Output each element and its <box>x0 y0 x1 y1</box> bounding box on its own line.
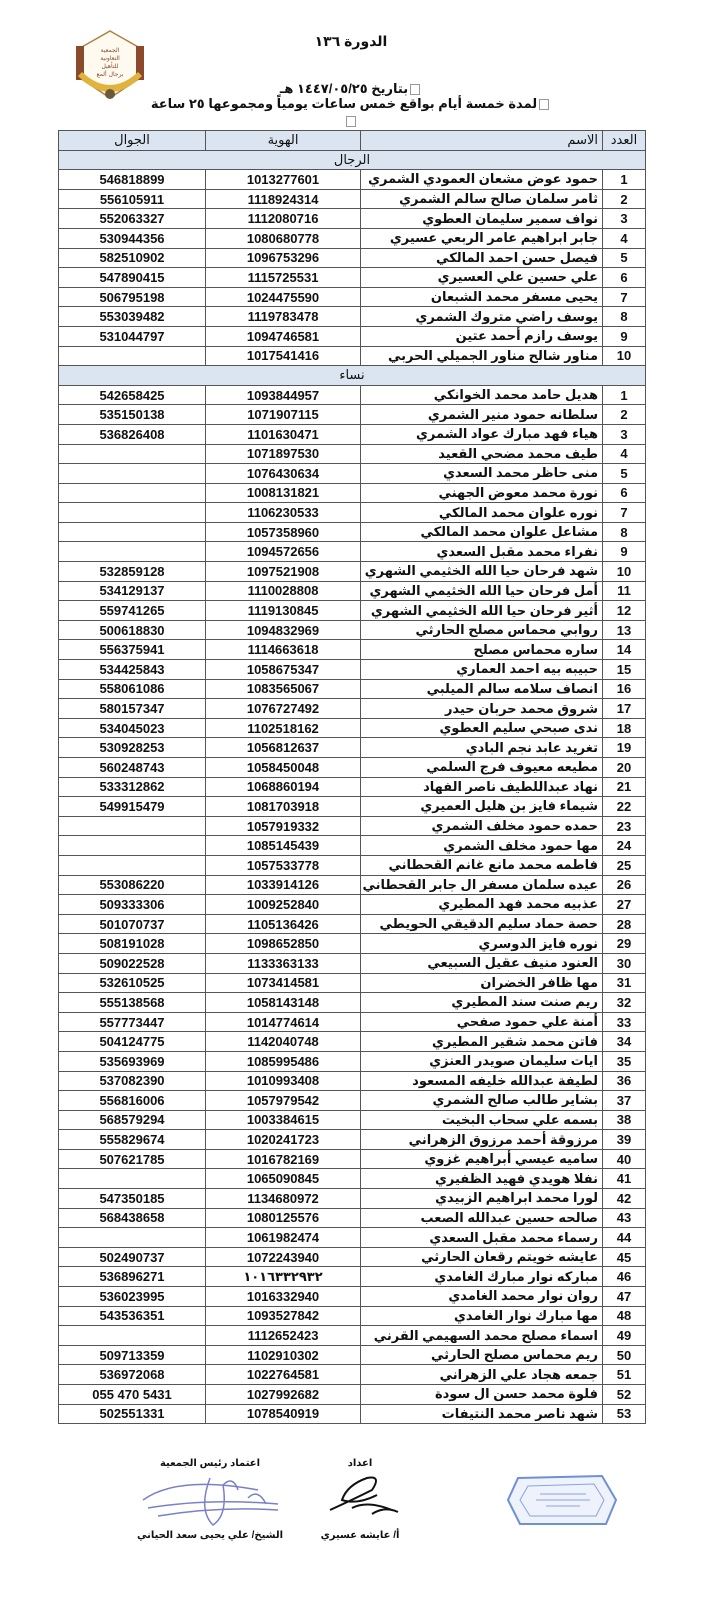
table-row: 50ريم محماس مصلح الحارثي1102910302509713… <box>59 1345 646 1365</box>
preparer-signature <box>322 1470 402 1520</box>
national-id: 1118924314 <box>206 189 361 209</box>
section-label: الرجال <box>59 150 646 170</box>
participant-name: مطيعه معيوف فرج السلمي <box>361 758 603 778</box>
row-count: 27 <box>603 895 646 915</box>
chair-name: الشيخ/ علي يحيى سعد الحياني <box>130 1530 290 1541</box>
table-row: 18ندى صبحي سليم العطوي110251816253404502… <box>59 718 646 738</box>
national-id: 1016782169 <box>206 1149 361 1169</box>
participant-name: طيف محمد مضحي القعيد <box>361 444 603 464</box>
table-row: 21نهاد عبداللطيف ناصر الفهاد106886019453… <box>59 777 646 797</box>
table-row: 9يوسف رازم أحمد عتين1094746581531044797 <box>59 326 646 346</box>
mobile-number: 509333306 <box>59 895 206 915</box>
mobile-number: 500618830 <box>59 620 206 640</box>
table-row: 31مها ظافر الخضران1073414581532610525 <box>59 973 646 993</box>
mobile-number <box>59 816 206 836</box>
chair-signature <box>138 1470 288 1528</box>
participant-name: نفلا هويدي فهيد الظفيري <box>361 1169 603 1189</box>
table-row: 25فاطمه محمد مانع غانم القحطاني105753377… <box>59 855 646 875</box>
mobile-number: 553039482 <box>59 307 206 327</box>
mobile-number: 502551331 <box>59 1404 206 1424</box>
mobile-number: 535150138 <box>59 405 206 425</box>
row-count: 4 <box>603 444 646 464</box>
participant-name: أمنة علي حمود صفحي <box>361 1012 603 1032</box>
mobile-number: 536896271 <box>59 1267 206 1287</box>
participant-name: هديل حامد محمد الخوانكي <box>361 385 603 405</box>
participant-name: شهد فرحان حيا الله الخثيمي الشهري <box>361 562 603 582</box>
national-id: 1024475590 <box>206 287 361 307</box>
table-row: 35ايات سليمان صويدر العنزي10859954865356… <box>59 1051 646 1071</box>
row-count: 9 <box>603 542 646 562</box>
participants-table: العدد الاسم الهوية الجوال الرجال1حمود عو… <box>58 130 646 1424</box>
national-id: 1096753296 <box>206 248 361 268</box>
row-count: 29 <box>603 934 646 954</box>
table-row: 46مباركه نوار مبارك الغامدي١٠١٦٣٣٢٩٣٢536… <box>59 1267 646 1287</box>
national-id: 1112080716 <box>206 209 361 229</box>
national-id: 1065090845 <box>206 1169 361 1189</box>
mobile-number: 556105911 <box>59 189 206 209</box>
mobile-number: 557773447 <box>59 1012 206 1032</box>
national-id: 1102518162 <box>206 718 361 738</box>
col-header-count: العدد <box>603 131 646 151</box>
mobile-number: 560248743 <box>59 758 206 778</box>
national-id: 1056812637 <box>206 738 361 758</box>
national-id: 1081703918 <box>206 797 361 817</box>
national-id: 1016332940 <box>206 1287 361 1307</box>
row-count: 10 <box>603 562 646 582</box>
participant-name: جمعه هجاد علي الزهراني <box>361 1365 603 1385</box>
mobile-number: 534045023 <box>59 718 206 738</box>
participant-name: مشاعل علوان محمد المالكي <box>361 522 603 542</box>
table-row: 8يوسف راضي متروك الشمري11197834785530394… <box>59 307 646 327</box>
row-count: 5 <box>603 248 646 268</box>
national-id: 1119783478 <box>206 307 361 327</box>
row-count: 13 <box>603 620 646 640</box>
table-body: الرجال1حمود عوض مشعان العمودي الشمري1013… <box>59 150 646 1424</box>
participant-name: هياء فهد مبارك عواد الشمري <box>361 424 603 444</box>
row-count: 10 <box>603 346 646 366</box>
mobile-number: 546818899 <box>59 170 206 190</box>
mobile-number: 535693969 <box>59 1051 206 1071</box>
national-id: 1085145439 <box>206 836 361 856</box>
mobile-number: 055 470 5431 <box>59 1385 206 1405</box>
national-id: 1076430634 <box>206 464 361 484</box>
svg-text:برجال ألمع: برجال ألمع <box>97 70 124 78</box>
row-count: 37 <box>603 1091 646 1111</box>
national-id: 1101630471 <box>206 424 361 444</box>
participant-name: بسمه علي سحاب البخيت <box>361 1110 603 1130</box>
row-count: 2 <box>603 189 646 209</box>
row-count: 49 <box>603 1326 646 1346</box>
participant-name: شروق محمد حربان حيدر <box>361 699 603 719</box>
table-row: 24مها حمود مخلف الشمري1085145439 <box>59 836 646 856</box>
national-id: 1085995486 <box>206 1051 361 1071</box>
participant-name: نوره علوان محمد المالكي <box>361 503 603 523</box>
participant-name: تغريد عابد نجم البادي <box>361 738 603 758</box>
row-count: 17 <box>603 699 646 719</box>
col-header-name: الاسم <box>361 131 603 151</box>
table-row: 10مناور شالح مناور الجميلي الحربي1017541… <box>59 346 646 366</box>
table-row: 16انصاف سلامه سالم الميلبي10835650675580… <box>59 679 646 699</box>
mobile-number: 504124775 <box>59 1032 206 1052</box>
mobile-number: 547890415 <box>59 268 206 288</box>
national-id: 1058675347 <box>206 660 361 680</box>
table-row: 48مها مبارك نوار الغامدي1093527842543536… <box>59 1306 646 1326</box>
mobile-number: 555829674 <box>59 1130 206 1150</box>
course-title: الدورة ١٣٦ <box>0 33 702 50</box>
row-count: 38 <box>603 1110 646 1130</box>
mobile-number: 536972068 <box>59 1365 206 1385</box>
mobile-number: 580157347 <box>59 699 206 719</box>
participant-name: حبيبه بيه احمد العماري <box>361 660 603 680</box>
mobile-number <box>59 855 206 875</box>
mobile-number: 553086220 <box>59 875 206 895</box>
row-count: 43 <box>603 1208 646 1228</box>
mobile-number: 555138568 <box>59 993 206 1013</box>
mobile-number: 530928253 <box>59 738 206 758</box>
mobile-number <box>59 1169 206 1189</box>
table-row: 10شهد فرحان حيا الله الخثيمي الشهري10975… <box>59 562 646 582</box>
row-count: 30 <box>603 953 646 973</box>
table-row: 41نفلا هويدي فهيد الظفيري1065090845 <box>59 1169 646 1189</box>
mobile-number <box>59 483 206 503</box>
table-row: 7نوره علوان محمد المالكي1106230533 <box>59 503 646 523</box>
national-id: 1072243940 <box>206 1247 361 1267</box>
mobile-number: 509022528 <box>59 953 206 973</box>
mobile-number: 568438658 <box>59 1208 206 1228</box>
table-row: 19تغريد عابد نجم البادي10568126375309282… <box>59 738 646 758</box>
participant-name: علي حسين علي العسيري <box>361 268 603 288</box>
table-row: 29نوره فايز الدوسري1098652850508191028 <box>59 934 646 954</box>
participant-name: جابر ابراهيم عامر الربعي عسيري <box>361 228 603 248</box>
participant-name: يحيى مسفر محمد الشبعان <box>361 287 603 307</box>
table-row: 22شيماء فايز بن هليل العميري108170391854… <box>59 797 646 817</box>
mobile-number: 558061086 <box>59 679 206 699</box>
participant-name: عايشه خويتم رقعان الحارثي <box>361 1247 603 1267</box>
table-row: 51جمعه هجاد علي الزهراني1022764581536972… <box>59 1365 646 1385</box>
national-id: 1080125576 <box>206 1208 361 1228</box>
national-id: 1027992682 <box>206 1385 361 1405</box>
participant-name: منى حاظر محمد السعدي <box>361 464 603 484</box>
national-id: 1094572656 <box>206 542 361 562</box>
row-count: 23 <box>603 816 646 836</box>
table-row: 37بشاير طالب صالح الشمري1057979542556816… <box>59 1091 646 1111</box>
table-header-row: العدد الاسم الهوية الجوال <box>59 131 646 151</box>
row-count: 8 <box>603 307 646 327</box>
row-count: 4 <box>603 228 646 248</box>
mobile-number <box>59 503 206 523</box>
mobile-number: 533312862 <box>59 777 206 797</box>
mobile-number: 582510902 <box>59 248 206 268</box>
national-id: 1115725531 <box>206 268 361 288</box>
national-id: 1071897530 <box>206 444 361 464</box>
participant-name: عذبيه محمد فهد المطيري <box>361 895 603 915</box>
participant-name: فيصل حسن احمد المالكي <box>361 248 603 268</box>
mobile-number: 507621785 <box>59 1149 206 1169</box>
mobile-number: 543536351 <box>59 1306 206 1326</box>
row-count: 31 <box>603 973 646 993</box>
participant-name: روان نوار محمد الغامدي <box>361 1287 603 1307</box>
participant-name: لطيفة عبدالله خليفه المسعود <box>361 1071 603 1091</box>
row-count: 7 <box>603 503 646 523</box>
mobile-number: 547350185 <box>59 1189 206 1209</box>
table-row: 13روابي محماس مصلح الحارثي10948329695006… <box>59 620 646 640</box>
date-line: بتاريخ ١٤٤٧/٠٥/٢٥ هـ <box>0 81 702 97</box>
row-count: 28 <box>603 914 646 934</box>
national-id: 1057979542 <box>206 1091 361 1111</box>
table-row: 5فيصل حسن احمد المالكي109675329658251090… <box>59 248 646 268</box>
row-count: 44 <box>603 1228 646 1248</box>
table-row: 26عيده سلمان مسفر ال جابر القحطاني103391… <box>59 875 646 895</box>
chair-approval-label: اعتماد رئيس الجمعية <box>130 1458 290 1469</box>
mobile-number: 556816006 <box>59 1091 206 1111</box>
table-row: 6نورة محمد معوض الجهني1008131821 <box>59 483 646 503</box>
participant-name: لورا محمد ابراهيم الزبيدي <box>361 1189 603 1209</box>
table-row: 23حمده حمود مخلف الشمري1057919332 <box>59 816 646 836</box>
placeholder-box-icon <box>410 84 420 95</box>
participant-name: فاطمه محمد مانع غانم القحطاني <box>361 855 603 875</box>
row-count: 6 <box>603 268 646 288</box>
table-row: 2سلطانه حمود منير الشمري1071907115535150… <box>59 405 646 425</box>
participant-name: انصاف سلامه سالم الميلبي <box>361 679 603 699</box>
row-count: 6 <box>603 483 646 503</box>
national-id: 1073414581 <box>206 973 361 993</box>
participant-name: أثير فرحان حيا الله الخثيمي الشهري <box>361 601 603 621</box>
national-id: 1057358960 <box>206 522 361 542</box>
section-row-women: نساء <box>59 366 646 386</box>
row-count: 3 <box>603 424 646 444</box>
table-row: 38بسمه علي سحاب البخيت100338461556857929… <box>59 1110 646 1130</box>
national-id: 1033914126 <box>206 875 361 895</box>
participant-name: نوره فايز الدوسري <box>361 934 603 954</box>
participant-name: يوسف رازم أحمد عتين <box>361 326 603 346</box>
national-id: 1013277601 <box>206 170 361 190</box>
row-count: 41 <box>603 1169 646 1189</box>
participant-name: نواف سمير سليمان العطوي <box>361 209 603 229</box>
participant-name: أمل فرحان حيا الله الخثيمي الشهري <box>361 581 603 601</box>
section-row-men: الرجال <box>59 150 646 170</box>
participant-name: نفراء محمد مقبل السعدي <box>361 542 603 562</box>
table-row: 40ساميه عيسي أبراهيم غزوي101678216950762… <box>59 1149 646 1169</box>
national-id: 1008131821 <box>206 483 361 503</box>
national-id: 1119130845 <box>206 601 361 621</box>
table-row: 6علي حسين علي العسيري1115725531547890415 <box>59 268 646 288</box>
row-count: 53 <box>603 1404 646 1424</box>
national-id: 1076727492 <box>206 699 361 719</box>
table-row: 42لورا محمد ابراهيم الزبيدي1134680972547… <box>59 1189 646 1209</box>
mobile-number: 536826408 <box>59 424 206 444</box>
mobile-number <box>59 522 206 542</box>
participant-name: شهد ناصر محمد النتيفات <box>361 1404 603 1424</box>
row-count: 26 <box>603 875 646 895</box>
national-id: 1057533778 <box>206 855 361 875</box>
col-header-id: الهوية <box>206 131 361 151</box>
mobile-number: 532610525 <box>59 973 206 993</box>
national-id: 1094832969 <box>206 620 361 640</box>
participant-name: مرزوقة أحمد مرزوق الزهراني <box>361 1130 603 1150</box>
mobile-number: 568579294 <box>59 1110 206 1130</box>
participant-name: مها حمود مخلف الشمري <box>361 836 603 856</box>
participant-name: فلوة محمد حسن ال سودة <box>361 1385 603 1405</box>
row-count: 20 <box>603 758 646 778</box>
participant-name: ايات سليمان صويدر العنزي <box>361 1051 603 1071</box>
row-count: 19 <box>603 738 646 758</box>
prepared-by-label: اعداد <box>300 1458 420 1469</box>
row-count: 1 <box>603 170 646 190</box>
row-count: 46 <box>603 1267 646 1287</box>
mobile-number: 537082390 <box>59 1071 206 1091</box>
mobile-number: 556375941 <box>59 640 206 660</box>
row-count: 16 <box>603 679 646 699</box>
row-count: 9 <box>603 326 646 346</box>
table-row: 1حمود عوض مشعان العمودي الشمري1013277601… <box>59 170 646 190</box>
row-count: 34 <box>603 1032 646 1052</box>
table-row: 30العنود منيف عقيل السبيعي11333631335090… <box>59 953 646 973</box>
national-id: 1110028808 <box>206 581 361 601</box>
participant-name: ثامر سلمان صالح سالم الشمري <box>361 189 603 209</box>
mobile-number: 501070737 <box>59 914 206 934</box>
national-id: 1134680972 <box>206 1189 361 1209</box>
mobile-number: 508191028 <box>59 934 206 954</box>
national-id: 1114663618 <box>206 640 361 660</box>
participant-name: ساميه عيسي أبراهيم غزوي <box>361 1149 603 1169</box>
participant-name: يوسف راضي متروك الشمري <box>361 307 603 327</box>
row-count: 51 <box>603 1365 646 1385</box>
national-id: 1093527842 <box>206 1306 361 1326</box>
row-count: 5 <box>603 464 646 484</box>
participant-name: العنود منيف عقيل السبيعي <box>361 953 603 973</box>
participant-name: شيماء فايز بن هليل العميري <box>361 797 603 817</box>
national-id: 1102910302 <box>206 1345 361 1365</box>
national-id: 1112652423 <box>206 1326 361 1346</box>
national-id: 1014774614 <box>206 1012 361 1032</box>
row-count: 40 <box>603 1149 646 1169</box>
table-row: 4جابر ابراهيم عامر الربعي عسيري108068077… <box>59 228 646 248</box>
participant-name: بشاير طالب صالح الشمري <box>361 1091 603 1111</box>
table-row: 20مطيعه معيوف فرج السلمي1058450048560248… <box>59 758 646 778</box>
participant-name: مناور شالح مناور الجميلي الحربي <box>361 346 603 366</box>
row-count: 2 <box>603 405 646 425</box>
national-id: 1078540919 <box>206 1404 361 1424</box>
table-row: 2ثامر سلمان صالح سالم الشمري111892431455… <box>59 189 646 209</box>
national-id: 1022764581 <box>206 1365 361 1385</box>
participant-name: ريم صنت سند المطيري <box>361 993 603 1013</box>
row-count: 24 <box>603 836 646 856</box>
table-row: 52فلوة محمد حسن ال سودة1027992682055 470… <box>59 1385 646 1405</box>
table-row: 43صالحه حسين عبدالله الصعب10801255765684… <box>59 1208 646 1228</box>
table-row: 36لطيفة عبدالله خليفه المسعود10109934085… <box>59 1071 646 1091</box>
row-count: 3 <box>603 209 646 229</box>
national-id: 1142040748 <box>206 1032 361 1052</box>
national-id: 1010993408 <box>206 1071 361 1091</box>
table-row: 1هديل حامد محمد الخوانكي1093844957542658… <box>59 385 646 405</box>
mobile-number <box>59 1326 206 1346</box>
participant-name: اسماء مصلح محمد السهيمي القرني <box>361 1326 603 1346</box>
national-id: 1083565067 <box>206 679 361 699</box>
national-id: 1057919332 <box>206 816 361 836</box>
row-count: 35 <box>603 1051 646 1071</box>
svg-text:التعاونية: التعاونية <box>100 55 120 62</box>
table-row: 12أثير فرحان حيا الله الخثيمي الشهري1119… <box>59 601 646 621</box>
participant-name: حصة حماد سليم الدقيقي الحويطي <box>361 914 603 934</box>
row-count: 50 <box>603 1345 646 1365</box>
mobile-number: 506795198 <box>59 287 206 307</box>
participant-name: مها مبارك نوار الغامدي <box>361 1306 603 1326</box>
participant-name: مها ظافر الخضران <box>361 973 603 993</box>
preparer-name: أ/ عايشه عسيري <box>300 1530 420 1541</box>
mobile-number: 552063327 <box>59 209 206 229</box>
national-id: 1098652850 <box>206 934 361 954</box>
row-count: 22 <box>603 797 646 817</box>
mobile-number: 549915479 <box>59 797 206 817</box>
national-id: 1080680778 <box>206 228 361 248</box>
participant-name: عيده سلمان مسفر ال جابر القحطاني <box>361 875 603 895</box>
table-row: 7يحيى مسفر محمد الشبعان10244755905067951… <box>59 287 646 307</box>
row-count: 42 <box>603 1189 646 1209</box>
table-row: 15حبيبه بيه احمد العماري1058675347534425… <box>59 660 646 680</box>
participant-name: نهاد عبداللطيف ناصر الفهاد <box>361 777 603 797</box>
participant-name: حمده حمود مخلف الشمري <box>361 816 603 836</box>
table-row: 28حصة حماد سليم الدقيقي الحويطي110513642… <box>59 914 646 934</box>
duration-line: لمدة خمسة أيام بواقع خمس ساعات يومياً وم… <box>0 96 702 112</box>
participant-name: رسماء محمد مقبل السعدي <box>361 1228 603 1248</box>
table-row: 45عايشه خويتم رقعان الحارثي1072243940502… <box>59 1247 646 1267</box>
table-row: 34فاتن محمد شقير المطيري1142040748504124… <box>59 1032 646 1052</box>
mobile-number: 559741265 <box>59 601 206 621</box>
row-count: 33 <box>603 1012 646 1032</box>
row-count: 48 <box>603 1306 646 1326</box>
mobile-number: 532859128 <box>59 562 206 582</box>
row-count: 14 <box>603 640 646 660</box>
national-id: 1009252840 <box>206 895 361 915</box>
row-count: 15 <box>603 660 646 680</box>
table-row: 4طيف محمد مضحي القعيد1071897530 <box>59 444 646 464</box>
row-count: 7 <box>603 287 646 307</box>
duration-text: لمدة خمسة أيام بواقع خمس ساعات يومياً وم… <box>151 96 537 111</box>
mobile-number: 534425843 <box>59 660 206 680</box>
mobile-number: 531044797 <box>59 326 206 346</box>
row-count: 1 <box>603 385 646 405</box>
table-row: 17شروق محمد حربان حيدر107672749258015734… <box>59 699 646 719</box>
national-id: ١٠١٦٣٣٢٩٣٢ <box>206 1267 361 1287</box>
participant-name: ساره محماس مصلح <box>361 640 603 660</box>
national-id: 1061982474 <box>206 1228 361 1248</box>
national-id: 1106230533 <box>206 503 361 523</box>
row-count: 39 <box>603 1130 646 1150</box>
participant-name: صالحه حسين عبدالله الصعب <box>361 1208 603 1228</box>
official-stamp <box>506 1474 618 1526</box>
mobile-number: 536023995 <box>59 1287 206 1307</box>
row-count: 18 <box>603 718 646 738</box>
table-row: 11أمل فرحان حيا الله الخثيمي الشهري11100… <box>59 581 646 601</box>
national-id: 1058450048 <box>206 758 361 778</box>
table-row: 5منى حاظر محمد السعدي1076430634 <box>59 464 646 484</box>
mobile-number <box>59 346 206 366</box>
table-row: 27عذبيه محمد فهد المطيري1009252840509333… <box>59 895 646 915</box>
national-id: 1097521908 <box>206 562 361 582</box>
mobile-number: 509713359 <box>59 1345 206 1365</box>
mobile-number <box>59 464 206 484</box>
table-row: 9نفراء محمد مقبل السعدي1094572656 <box>59 542 646 562</box>
empty-line <box>0 113 702 128</box>
placeholder-box-icon <box>346 116 356 127</box>
participant-name: نورة محمد معوض الجهني <box>361 483 603 503</box>
national-id: 1058143148 <box>206 993 361 1013</box>
table-row: 3هياء فهد مبارك عواد الشمري1101630471536… <box>59 424 646 444</box>
participant-name: مباركه نوار مبارك الغامدي <box>361 1267 603 1287</box>
table-row: 8مشاعل علوان محمد المالكي1057358960 <box>59 522 646 542</box>
mobile-number <box>59 836 206 856</box>
national-id: 1094746581 <box>206 326 361 346</box>
